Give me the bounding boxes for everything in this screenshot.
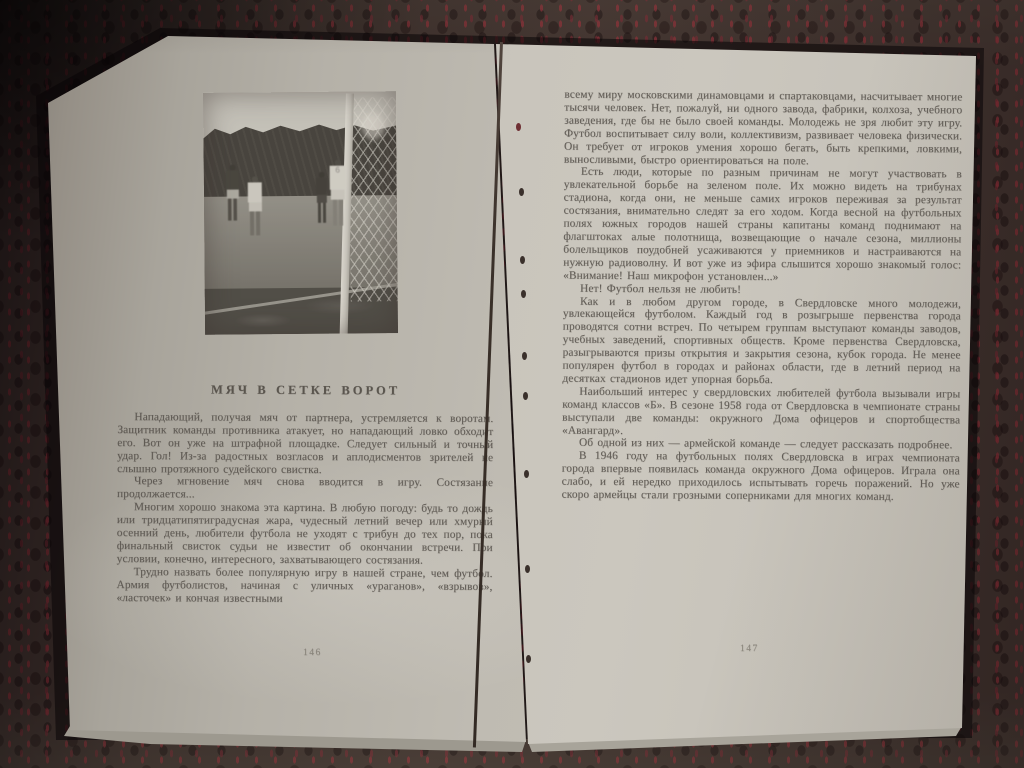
spine-stitch [526, 655, 531, 663]
paragraph: В 1946 году на футбольных полях Свердлов… [562, 450, 960, 504]
paragraph: Как и в любом другом городе, в Свердловс… [562, 295, 961, 388]
right-page-paragraphs: всему миру московскими динамовцами и спа… [562, 89, 963, 505]
page-number-146: 146 [303, 648, 322, 658]
spine-stitch [521, 290, 526, 298]
paragraph: Многим хорошо знакома эта картина. В люб… [117, 501, 493, 567]
spine-stitch [523, 392, 528, 400]
paragraph: Трудно назвать более популярную игру в н… [116, 566, 492, 607]
photo-tone-overlay [203, 91, 398, 335]
spine-stitch [524, 470, 529, 478]
spine-stitch [525, 565, 530, 573]
paragraph: Через мгновение мяч снова вводится в игр… [117, 475, 493, 503]
paragraph: Наибольший интерес у свердловских любите… [562, 385, 960, 439]
paragraph: Есть люди, которые по разным причинам не… [563, 166, 962, 285]
football-photo: 6 [203, 91, 398, 335]
chapter-title: МЯЧ В СЕТКЕ ВОРОТ [118, 383, 494, 398]
spine-stitch [519, 188, 524, 196]
book-photograph-scene: 6 МЯЧ В СЕТКЕ ВОРОТ Нападающий, получая … [0, 0, 1024, 768]
page-number-147: 147 [740, 644, 759, 654]
spine-stitch [522, 352, 527, 360]
paragraph: Нападающий, получая мяч от партнера, уст… [117, 411, 493, 477]
spine-stitch [520, 256, 525, 264]
paragraph: всему миру московскими динамовцами и спа… [564, 89, 963, 169]
right-page-text: всему миру московскими динамовцами и спа… [562, 89, 963, 505]
left-page-paragraphs: Нападающий, получая мяч от партнера, уст… [116, 411, 493, 607]
left-page-text: МЯЧ В СЕТКЕ ВОРОТ Нападающий, получая мя… [116, 383, 493, 606]
spine-stitch-red [516, 123, 521, 131]
